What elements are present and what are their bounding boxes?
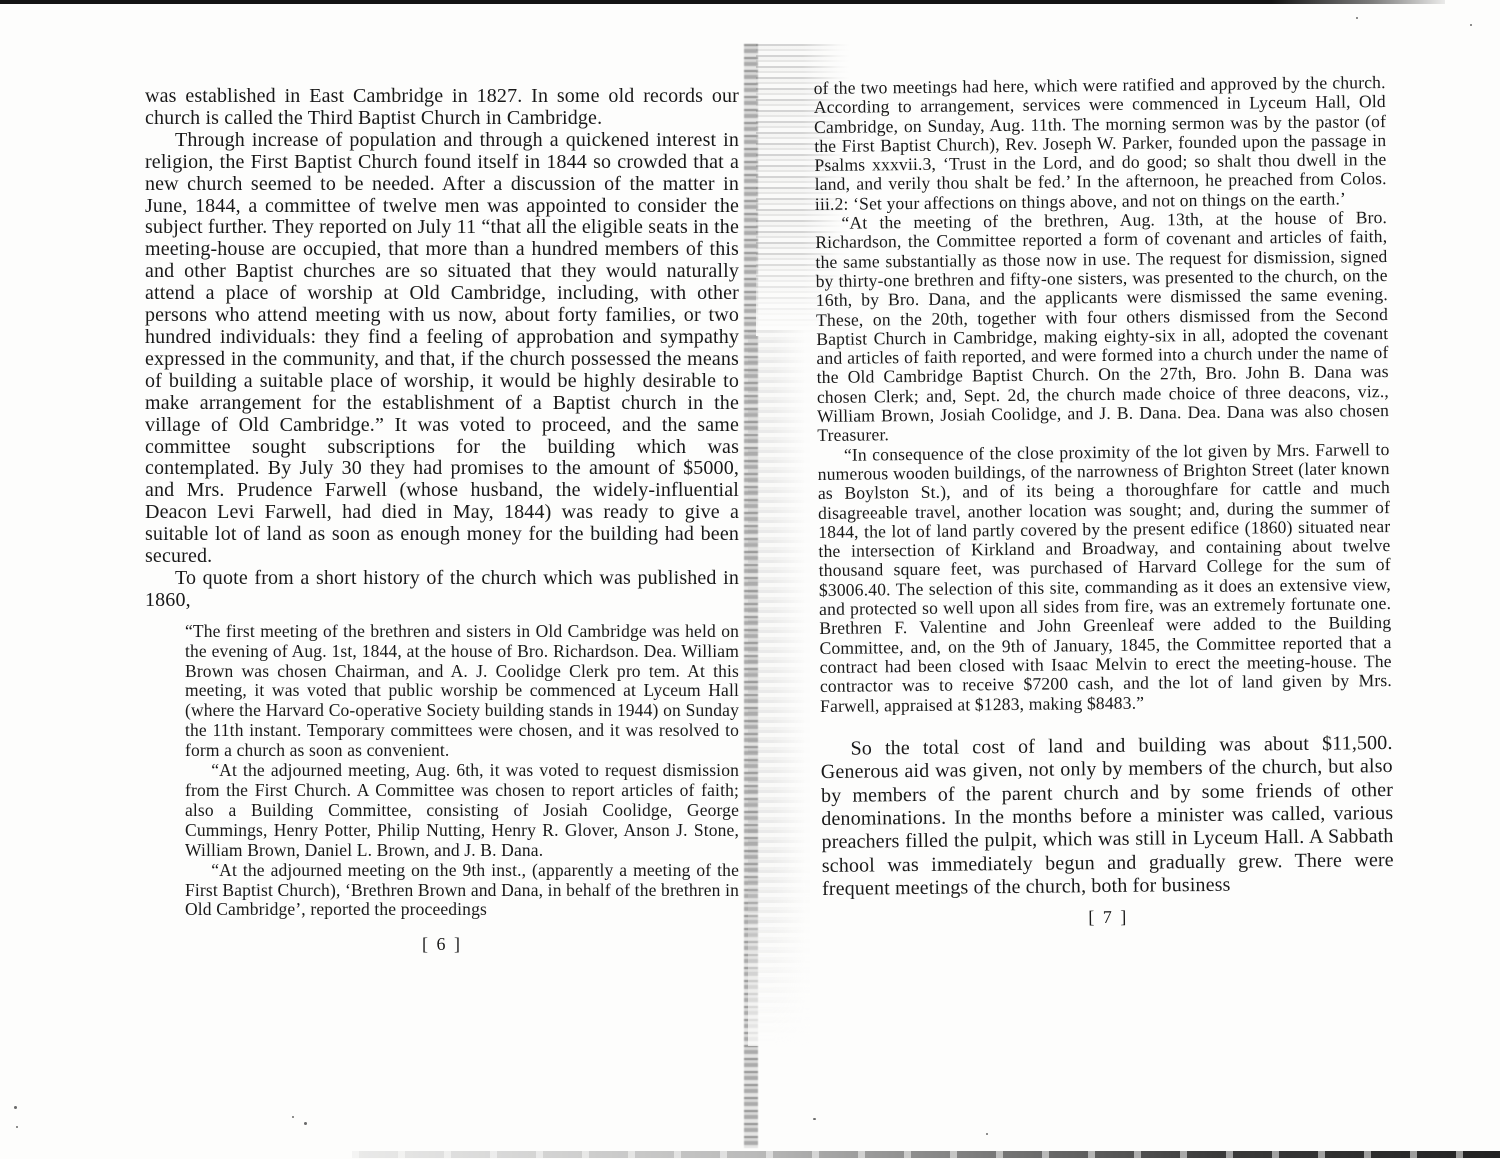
quote-paragraph: “At the adjourned meeting on the 9th ins… (185, 861, 739, 921)
dust-speck (813, 1118, 816, 1120)
quoted-history-block: “The first meeting of the brethren and s… (185, 622, 739, 921)
paragraph: Through increase of population and throu… (145, 130, 739, 568)
dust-speck (14, 1106, 17, 1109)
quote-paragraph: of the two meetings had here, which were… (814, 73, 1387, 214)
paragraph: was established in East Cambridge in 182… (145, 86, 739, 130)
dust-speck (986, 1133, 988, 1135)
dust-speck (292, 1116, 294, 1118)
left-page: was established in East Cambridge in 182… (145, 86, 739, 955)
quote-paragraph: “The first meeting of the brethren and s… (185, 622, 739, 761)
paragraph: To quote from a short history of the chu… (145, 568, 739, 612)
dust-speck (16, 1126, 18, 1128)
page-number-left: [ 6 ] (145, 934, 739, 955)
quote-paragraph: “At the meeting of the brethren, Aug. 13… (815, 208, 1389, 446)
page-number-right: [ 7 ] (822, 904, 1394, 931)
quote-paragraph: “At the adjourned meeting, Aug. 6th, it … (185, 761, 739, 861)
right-page: of the two meetings had here, which were… (814, 73, 1395, 931)
scan-edge-top (0, 0, 1445, 4)
dust-speck (1470, 24, 1472, 26)
scan-edge-bottom (352, 1151, 1500, 1158)
dust-speck (1356, 17, 1358, 19)
quote-paragraph: “In consequence of the close proximity o… (817, 440, 1392, 716)
dust-speck (304, 1122, 307, 1125)
binding-gutter (744, 44, 758, 1148)
paragraph: So the total cost of land and building w… (820, 732, 1394, 902)
binding-shadow-lower (748, 330, 810, 1046)
